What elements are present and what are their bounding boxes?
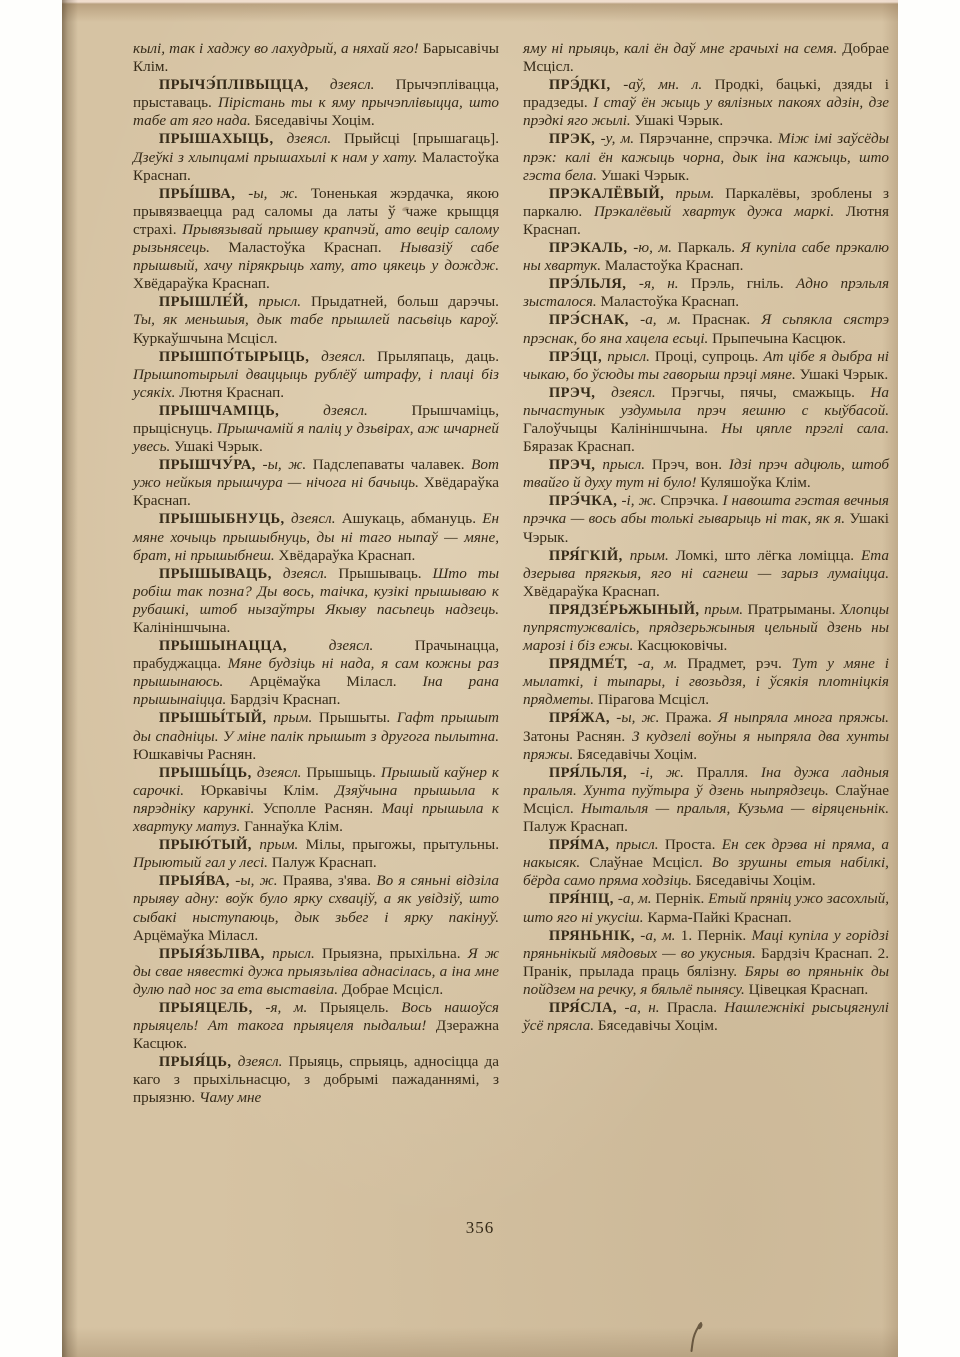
italic-text: -а, м. xyxy=(618,890,656,907)
italic-text: -у, м. xyxy=(601,130,640,147)
regular-text: Прыдатней, больш дарэчы. xyxy=(311,293,499,310)
dictionary-entry: ПРЯДМЕ́Т, -а, м. Прадмет, рэч. Тут у мян… xyxy=(523,655,889,709)
headword: ПРЭ́СНАК, xyxy=(549,312,640,328)
italic-text: -ы, ж. xyxy=(248,185,311,202)
headword: ПРЫШАХЫЦЬ, xyxy=(159,131,287,147)
headword: ПРЫШПО́ТЫРЫЦЬ, xyxy=(159,349,321,365)
scanned-page: кылі, так і хаджу во лахудрый, а няхай я… xyxy=(0,0,960,1357)
regular-text: Прадмет, рэч. xyxy=(687,655,791,672)
italic-text: -я, н. xyxy=(639,275,691,292)
dictionary-entry: ПРЭКАЛЬ, -ю, м. Паркаль. Я купіла сабе п… xyxy=(523,239,889,275)
regular-text: Добрае Мсцісл. xyxy=(342,981,443,998)
italic-text: -ы, ж. xyxy=(263,456,313,473)
italic-text: -а, м. xyxy=(640,311,692,328)
regular-text: Проці, супроць. xyxy=(655,348,763,365)
regular-text: Бяразак Краснап. xyxy=(523,438,635,455)
regular-text: Юшкавічы Раснян. xyxy=(133,746,256,763)
italic-text: прысл. xyxy=(607,348,655,365)
dictionary-entry: ПРЯ́СЛА, -а, н. Прасла. Нашлежнікі рысьц… xyxy=(523,999,889,1035)
ink-mark xyxy=(688,1320,706,1354)
headword: ПРЯ́ЖА, xyxy=(549,710,616,726)
regular-text: Пража. xyxy=(665,709,717,726)
italic-text: -ы, ж. xyxy=(235,872,283,889)
italic-text: Ты, як меньшыя, дык табе прышлей пасьвіц… xyxy=(133,311,499,328)
headword: ПРЯ́ЛЬЛЯ, xyxy=(549,765,640,781)
headword: ПРЭК, xyxy=(549,131,601,147)
headword: ПРЭ́ЛЬЛЯ, xyxy=(549,276,639,292)
page-number: 356 xyxy=(62,1218,898,1238)
headword: ПРЫШЫНАЦЦА, xyxy=(159,638,329,654)
dictionary-entry: ПРЫЯ́ВА, -ы, ж. Праява, з'ява. Во я сянь… xyxy=(133,872,499,944)
regular-text: Пірагова Мсцісл. xyxy=(598,691,709,708)
dictionary-entry: ПРЫШЧУ́РА, -ы, ж. Падслепаваты чалавек. … xyxy=(133,456,499,510)
italic-text: -ю, м. xyxy=(633,239,677,256)
headword: ПРЯДМЕ́Т, xyxy=(549,656,638,672)
headword: ПРЯНЬНІК, xyxy=(549,928,640,944)
regular-text: Прышываць. xyxy=(338,565,432,582)
headword: ПРЫЯЦЕЛЬ, xyxy=(159,1000,266,1016)
regular-text: Спрэчка. xyxy=(660,492,722,509)
regular-text: Ушакі Чэрык. xyxy=(601,167,690,184)
italic-text: прым. xyxy=(675,185,725,202)
dictionary-entry: ПРЫЯ́ЗЬЛІВА, прысл. Прыязна, прыхільна. … xyxy=(133,945,499,999)
italic-text: Ны цяпле прэглі сала. xyxy=(721,420,889,437)
regular-text: Прэгчы, пячы, смажыць. xyxy=(671,384,870,401)
dictionary-entry: ПРЭЧ, дзеясл. Прэгчы, пячы, смажыць. На … xyxy=(523,384,889,456)
headword: ПРЫЯ́ЦЬ, xyxy=(159,1054,238,1070)
dictionary-entry: ПРЯДЗЕ́РЬЖЫНЫЙ, прым. Пратрыманы. Хлопцы… xyxy=(523,601,889,655)
regular-text: Арцёмаўка Міласл. xyxy=(133,927,258,944)
regular-text: Юркавічы Клім. xyxy=(201,782,336,799)
dictionary-entry: ПРЫШАХЫЦЬ, дзеясл. Прыйсці [прышагаць]. … xyxy=(133,130,499,184)
italic-text: прым. xyxy=(259,836,305,853)
dictionary-entry: ПРЫШЧАМІЦЬ, дзеясл. Прышчаміць, прыцісну… xyxy=(133,402,499,456)
regular-text: Проста. xyxy=(665,836,722,853)
headword: ПРЯДЗЕ́РЬЖЫНЫЙ, xyxy=(549,602,704,618)
dictionary-entry: ПРЯНЬНІК, -а, м. 1. Пернік. Маці купіла … xyxy=(523,927,889,999)
regular-text: Прэль, гніль. xyxy=(691,275,796,292)
dictionary-entry: ПРЫШЫ́ТЫЙ, прым. Прышыты. Гафт прышыт ды… xyxy=(133,709,499,763)
dictionary-entry: ПРЯ́ГКІЙ, прым. Ломкі, што лёгка ломіцца… xyxy=(523,547,889,601)
italic-text: Прыютый гал у лесі. xyxy=(133,854,272,871)
entry-continuation: кылі, так і хаджу во лахудрый, а няхай я… xyxy=(133,40,499,76)
italic-text: дзеясл. xyxy=(323,402,411,419)
headword: ПРЯ́МА, xyxy=(549,837,616,853)
regular-text: Бяседавічы Хоцім. xyxy=(598,1017,718,1034)
headword: ПРЭ́ЧКА, xyxy=(549,493,622,509)
regular-text: Ганнаўка Клім. xyxy=(244,818,343,835)
italic-text: дзеясл. xyxy=(330,76,396,93)
headword: ПРЫШЫ́ЦЬ, xyxy=(159,765,257,781)
regular-text: Ушакі Чэрык. xyxy=(174,438,263,455)
regular-text: Прышыты. xyxy=(319,709,397,726)
headword: ПРЫШЫВАЦЬ, xyxy=(159,566,283,582)
italic-text: Чаму мне xyxy=(199,1089,261,1106)
dictionary-entry: ПРЫЧЭ́ПЛІВЫЦЦА, дзеясл. Прычэплівацца, п… xyxy=(133,76,499,130)
regular-text: Хвёдараўка Краснап. xyxy=(279,547,416,564)
regular-text: Пралля. xyxy=(697,764,761,781)
headword: ПРЯ́НІЦ, xyxy=(549,891,618,907)
dictionary-entry: ПРЭ́ЧКА, -і, ж. Спрэчка. І навошта гэста… xyxy=(523,492,889,546)
regular-text: Бяседавічы Хоцім. xyxy=(696,872,816,889)
regular-text: Прыйсці [прышагаць]. xyxy=(344,130,499,147)
regular-text: Арцёмаўка Міласл. xyxy=(249,673,422,690)
regular-text: Пернік. xyxy=(655,890,708,907)
italic-text: Нытальля — пральля, Кузьма — віряценьнік… xyxy=(581,800,889,817)
headword: ПРЫЯ́ЗЬЛІВА, xyxy=(159,946,272,962)
regular-text: Паркаль. xyxy=(677,239,740,256)
regular-text: Бяседавічы Хоцім. xyxy=(255,112,375,129)
headword: ПРЫШЧАМІЦЬ, xyxy=(159,403,323,419)
italic-text: прысл. xyxy=(616,836,665,853)
headword: ПРЭКАЛЁВЫЙ, xyxy=(549,186,676,202)
headword: ПРЯ́СЛА, xyxy=(549,1000,625,1016)
regular-text: Хвёдараўка Краснап. xyxy=(133,275,270,292)
regular-text: Прыпечына Касцюк. xyxy=(712,330,846,347)
dictionary-entry: ПРЯ́ЖА, -ы, ж. Пража. Я ныпряла многа пр… xyxy=(523,709,889,763)
regular-text: Цівецкая Краснап. xyxy=(749,981,869,998)
dictionary-entry: ПРЫШЫВАЦЬ, дзеясл. Прышываць. Што ты роб… xyxy=(133,565,499,637)
regular-text: Лютня Краснап. xyxy=(179,384,284,401)
dictionary-entry: ПРЯ́МА, прысл. Проста. Ен сек дрэва ні п… xyxy=(523,836,889,890)
regular-text: Ушакі Чэрык. xyxy=(800,366,889,383)
dictionary-entry: ПРЫШЫНАЦЦА, дзеясл. Прачынацца, прабуджа… xyxy=(133,637,499,709)
regular-text: Праява, з'ява. xyxy=(283,872,377,889)
regular-text: Прэч, вон. xyxy=(652,456,729,473)
italic-text: дзеясл. xyxy=(291,510,342,527)
italic-text: дзеясл. xyxy=(257,764,307,781)
headword: ПРЫЧЭ́ПЛІВЫЦЦА, xyxy=(159,77,330,93)
dictionary-entry: ПРЯ́ЛЬЛЯ, -і, ж. Пралля. Іна дужа ладныя… xyxy=(523,764,889,836)
headword: ПРЫЮ́ТЫЙ, xyxy=(159,837,260,853)
dictionary-entry: ПРЫШПО́ТЫРЫЦЬ, дзеясл. Прыляпаць, даць. … xyxy=(133,348,499,402)
regular-text: Мілы, прыгожы, прытульны. xyxy=(306,836,499,853)
dictionary-entry: ПРЭ́ДКІ, -аў, мн. л. Продкі, бацькі, дзя… xyxy=(523,76,889,130)
italic-text: дзеясл. xyxy=(329,637,415,654)
dictionary-entry: ПРЫШЫБНУЦЬ, дзеясл. Ашукаць, абмануць. Е… xyxy=(133,510,499,564)
regular-text: 1. Пернік. xyxy=(681,927,752,944)
regular-text: Пярэчанне, спрэчка. xyxy=(639,130,778,147)
headword: ПРЭКАЛЬ, xyxy=(549,240,633,256)
italic-text: Дзеўкі з хлыпцамі прышахылі к нам у хату… xyxy=(133,149,422,166)
regular-text: Прышыць. xyxy=(306,764,380,781)
headword: ПРЭ́ЦІ, xyxy=(549,349,607,365)
italic-text: -аў, мн. л. xyxy=(623,76,714,93)
regular-text: Падслепаваты чалавек. xyxy=(313,456,471,473)
dictionary-entry: ПРЭ́ЛЬЛЯ, -я, н. Прэль, гніль. Адно прэл… xyxy=(523,275,889,311)
regular-text: Маластоўка Краснап. xyxy=(601,293,740,310)
italic-text: кылі, так і хаджу во лахудрый, а няхай я… xyxy=(133,40,423,57)
italic-text: -а, м. xyxy=(638,655,688,672)
italic-text: дзеясл. xyxy=(321,348,377,365)
italic-text: прысл. xyxy=(272,945,322,962)
regular-text: Галоўчыцы Калініншчына. xyxy=(523,420,721,437)
italic-text: -ы, ж. xyxy=(616,709,665,726)
dictionary-entry: ПРЯ́НІЦ, -а, м. Пернік. Етый пряніц ужо … xyxy=(523,890,889,926)
regular-text: Ашукаць, абмануць. xyxy=(342,510,482,527)
regular-text: Пратрыманы. xyxy=(748,601,840,618)
dictionary-entry: ПРЫЮ́ТЫЙ, прым. Мілы, прыгожы, прытульны… xyxy=(133,836,499,872)
regular-text: Ушакі Чэрык. xyxy=(635,112,724,129)
regular-text: Прыязна, прыхільна. xyxy=(322,945,468,962)
dictionary-entry: ПРЭКАЛЁВЫЙ, прым. Паркалёвы, зроблены з … xyxy=(523,185,889,239)
headword: ПРЫШЫ́ТЫЙ, xyxy=(159,710,273,726)
italic-text: прым. xyxy=(630,547,676,564)
dictionary-text: кылі, так і хаджу во лахудрый, а няхай я… xyxy=(133,40,889,1108)
column-right: яму ні прыяць, калі ён даў мне грачыхі н… xyxy=(523,40,889,1108)
regular-text: Ломкі, што лёгка ломіцца. xyxy=(676,547,861,564)
regular-text: Слаўнае Мсцісл. xyxy=(589,854,712,871)
italic-text: дзеясл. xyxy=(611,384,671,401)
italic-text: дзеясл. xyxy=(283,565,338,582)
regular-text: Прыляпаць, даць. xyxy=(377,348,499,365)
headword: ПРЭЧ, xyxy=(549,457,603,473)
dictionary-entry: ПРЫЯ́ЦЬ, дзеясл. Прыяць, спрыяць, адносі… xyxy=(133,1053,499,1107)
italic-text: прысл. xyxy=(602,456,651,473)
entry-continuation: яму ні прыяць, калі ён даў мне грачыхі н… xyxy=(523,40,889,76)
headword: ПРЫШЫБНУЦЬ, xyxy=(159,511,291,527)
regular-text: Палуж Краснап. xyxy=(272,854,377,871)
italic-text: -і, ж. xyxy=(622,492,661,509)
regular-text: Хвёдараўка Краснап. xyxy=(523,583,660,600)
regular-text: Палуж Краснап. xyxy=(523,818,628,835)
italic-text: -я, м. xyxy=(265,999,319,1016)
regular-text: Куркаўшчына Мсцісл. xyxy=(133,330,278,347)
regular-text: Калініншчына. xyxy=(133,619,230,636)
dictionary-entry: ПРЫ́ШВА, -ы, ж. Тоненькая жэрдачка, якою… xyxy=(133,185,499,294)
dictionary-entry: ПРЫШЛЕ́Й, прысл. Прыдатней, больш дарэчы… xyxy=(133,293,499,347)
regular-text: Прасла. xyxy=(667,999,724,1016)
italic-text: прым. xyxy=(704,601,747,618)
dictionary-entry: ПРЭК, -у, м. Пярэчанне, спрэчка. Між імі… xyxy=(523,130,889,184)
regular-text: Касцюковічы. xyxy=(637,637,727,654)
headword: ПРЭ́ДКІ, xyxy=(549,77,623,93)
italic-text: прысл. xyxy=(258,293,311,310)
italic-text: прым. xyxy=(273,709,319,726)
italic-text: Прэкалёвый хвартук дужа маркі. xyxy=(594,203,846,220)
dictionary-entry: ПРЭЧ, прысл. Прэч, вон. Ідзі прэч адцюль… xyxy=(523,456,889,492)
headword: ПРЫЯ́ВА, xyxy=(159,873,235,889)
regular-text: Маластоўка Краснап. xyxy=(605,257,744,274)
regular-text: Праснак. xyxy=(692,311,761,328)
headword: ПРЫШЧУ́РА, xyxy=(159,457,263,473)
regular-text: Усполле Раснян. xyxy=(263,800,382,817)
regular-text: Затоны Раснян. xyxy=(523,728,632,745)
italic-text: яму ні прыяць, калі ён даў мне грачыхі н… xyxy=(523,40,842,57)
italic-text: -а, м. xyxy=(640,927,680,944)
regular-text: Бяседавічы Хоцім. xyxy=(577,746,697,763)
headword: ПРЫШЛЕ́Й, xyxy=(159,294,259,310)
headword: ПРЭЧ, xyxy=(549,385,611,401)
regular-text: Карма-Пайкі Краснап. xyxy=(647,909,791,926)
regular-text: Маластоўка Краснап. xyxy=(228,239,400,256)
regular-text: Бардзіч Краснап. xyxy=(230,691,340,708)
headword: ПРЯ́ГКІЙ, xyxy=(549,548,630,564)
regular-text: Куляшоўка Клім. xyxy=(700,474,810,491)
italic-text: -а, н. xyxy=(624,999,666,1016)
column-left: кылі, так і хаджу во лахудрый, а няхай я… xyxy=(133,40,499,1108)
italic-text: дзеясл. xyxy=(238,1053,289,1070)
italic-text: дзеясл. xyxy=(287,130,344,147)
italic-text: Я ныпряла многа пряжы. xyxy=(718,709,889,726)
italic-text: -і, ж. xyxy=(640,764,697,781)
dictionary-entry: ПРЭ́СНАК, -а, м. Праснак. Я сьпякла сяст… xyxy=(523,311,889,347)
headword: ПРЫ́ШВА, xyxy=(159,186,248,202)
dictionary-entry: ПРЫЯЦЕЛЬ, -я, м. Прыяцель. Вось нашоўся … xyxy=(133,999,499,1053)
dictionary-entry: ПРЭ́ЦІ, прысл. Проці, супроць. Ат цібе я… xyxy=(523,348,889,384)
regular-text: Прыяцель. xyxy=(320,999,401,1016)
dictionary-entry: ПРЫШЫ́ЦЬ, дзеясл. Прышыць. Прышый каўнер… xyxy=(133,764,499,836)
